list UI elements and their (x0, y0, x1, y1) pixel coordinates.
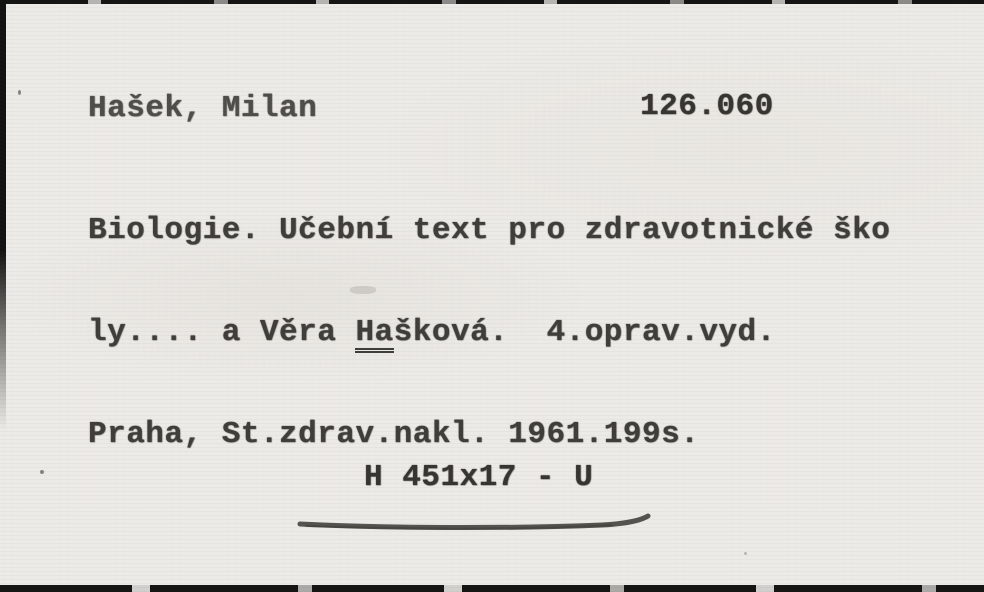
description-line-1: Biologie. Učební text pro zdravotnické š… (88, 214, 890, 248)
description-line-2: ly.... a Věra Hašková. 4.oprav.vyd. (88, 316, 890, 350)
paper-speck (18, 90, 21, 95)
paper-speck (40, 470, 44, 474)
scan-edge-bottom (0, 585, 984, 592)
filing-word-underlined: Ha (355, 318, 393, 353)
paper-speck (744, 552, 747, 555)
scan-edge-left (0, 0, 6, 430)
signature-underline-stroke (292, 508, 658, 536)
scan-edge-top (0, 0, 984, 4)
catalog-card: Hašek, Milan 126.060 Biologie. Učební te… (0, 0, 984, 592)
call-number: 126.060 (640, 90, 774, 124)
author-heading: Hašek, Milan (88, 92, 317, 126)
description-line-2-post: šková. 4.oprav.vyd. (394, 315, 776, 350)
description-line-2-pre: ly.... a Věra (88, 315, 355, 350)
shelf-signature: H 451x17 - U (364, 461, 593, 495)
paper-smudge (350, 286, 376, 294)
description-line-3: Praha, St.zdrav.nakl. 1961.199s. (88, 418, 890, 452)
